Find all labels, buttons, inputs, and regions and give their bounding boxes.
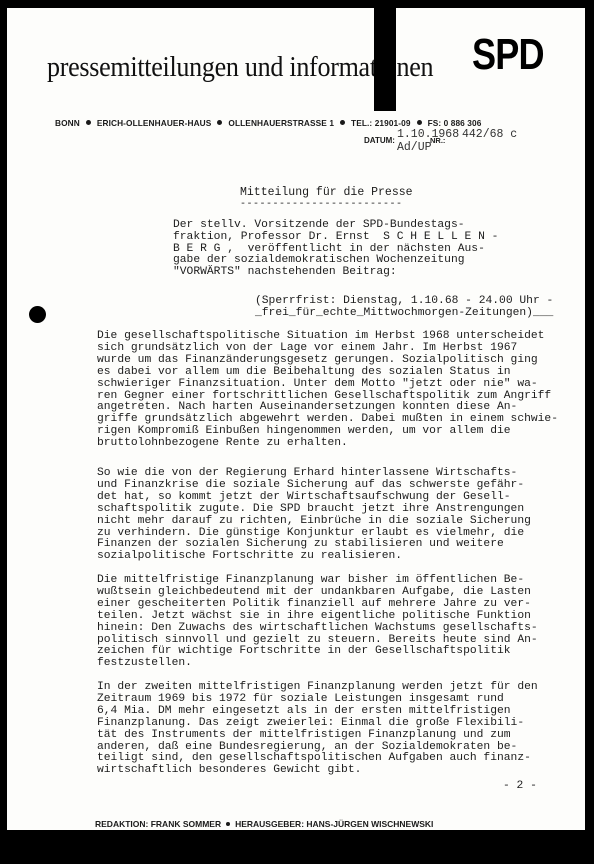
footer-redaktion: REDAKTION: FRANK SOMMER [95,819,221,829]
intro-paragraph: Der stellv. Vorsitzende der SPD-Bundesta… [173,220,498,279]
bullet-icon [417,120,422,125]
footer-herausgeber: HERAUSGEBER: HANS-JÜRGEN WISCHNEWSKI [235,819,433,829]
letterhead-footer: REDAKTION: FRANK SOMMERHERAUSGEBER: HANS… [95,819,433,829]
body-paragraph: Die gesellschaftspolitische Situation im… [97,331,558,450]
address-building: ERICH-OLLENHAUER-HAUS [97,118,212,128]
datum-value: 1.10.1968 [397,128,459,141]
reference-initials: Ad/UP [397,141,432,154]
scan-edge [0,0,7,864]
body-paragraph: In der zweiten mittelfristigen Finanzpla… [97,682,538,777]
punch-hole-icon [29,306,46,323]
bullet-icon [226,822,230,826]
document-heading: Mitteilung für die Presse [240,186,413,199]
address-phone: TEL.: 21901-09 [351,118,411,128]
bullet-icon [340,120,345,125]
embargo-notice: (Sperrfrist: Dienstag, 1.10.68 - 24.00 U… [255,295,553,319]
address-telex: FS: 0 886 306 [428,118,482,128]
scan-edge-bottom [0,832,594,864]
bullet-icon [217,120,222,125]
bullet-icon [86,120,91,125]
letterhead-address: BONNERICH-OLLENHAUER-HAUSOLLENHAUERSTRAS… [55,118,481,128]
datum-label: DATUM: [364,136,395,145]
address-city: BONN [55,118,80,128]
address-street: OLLENHAUERSTRASSE 1 [228,118,334,128]
spd-logo: SPD [472,30,544,80]
nr-label: NR.: [430,136,445,145]
letterhead-bar [374,8,396,111]
page-number: - 2 - [503,780,537,792]
nr-value: 442/68 c [462,128,517,141]
document-page: pressemitteilungen und informationen SPD… [7,8,585,830]
body-paragraph: So wie die von der Regierung Erhard hint… [97,468,531,563]
body-paragraph: Die mittelfristige Finanzplanung war bis… [97,575,538,670]
heading-underline: ------------------------- [240,199,403,210]
